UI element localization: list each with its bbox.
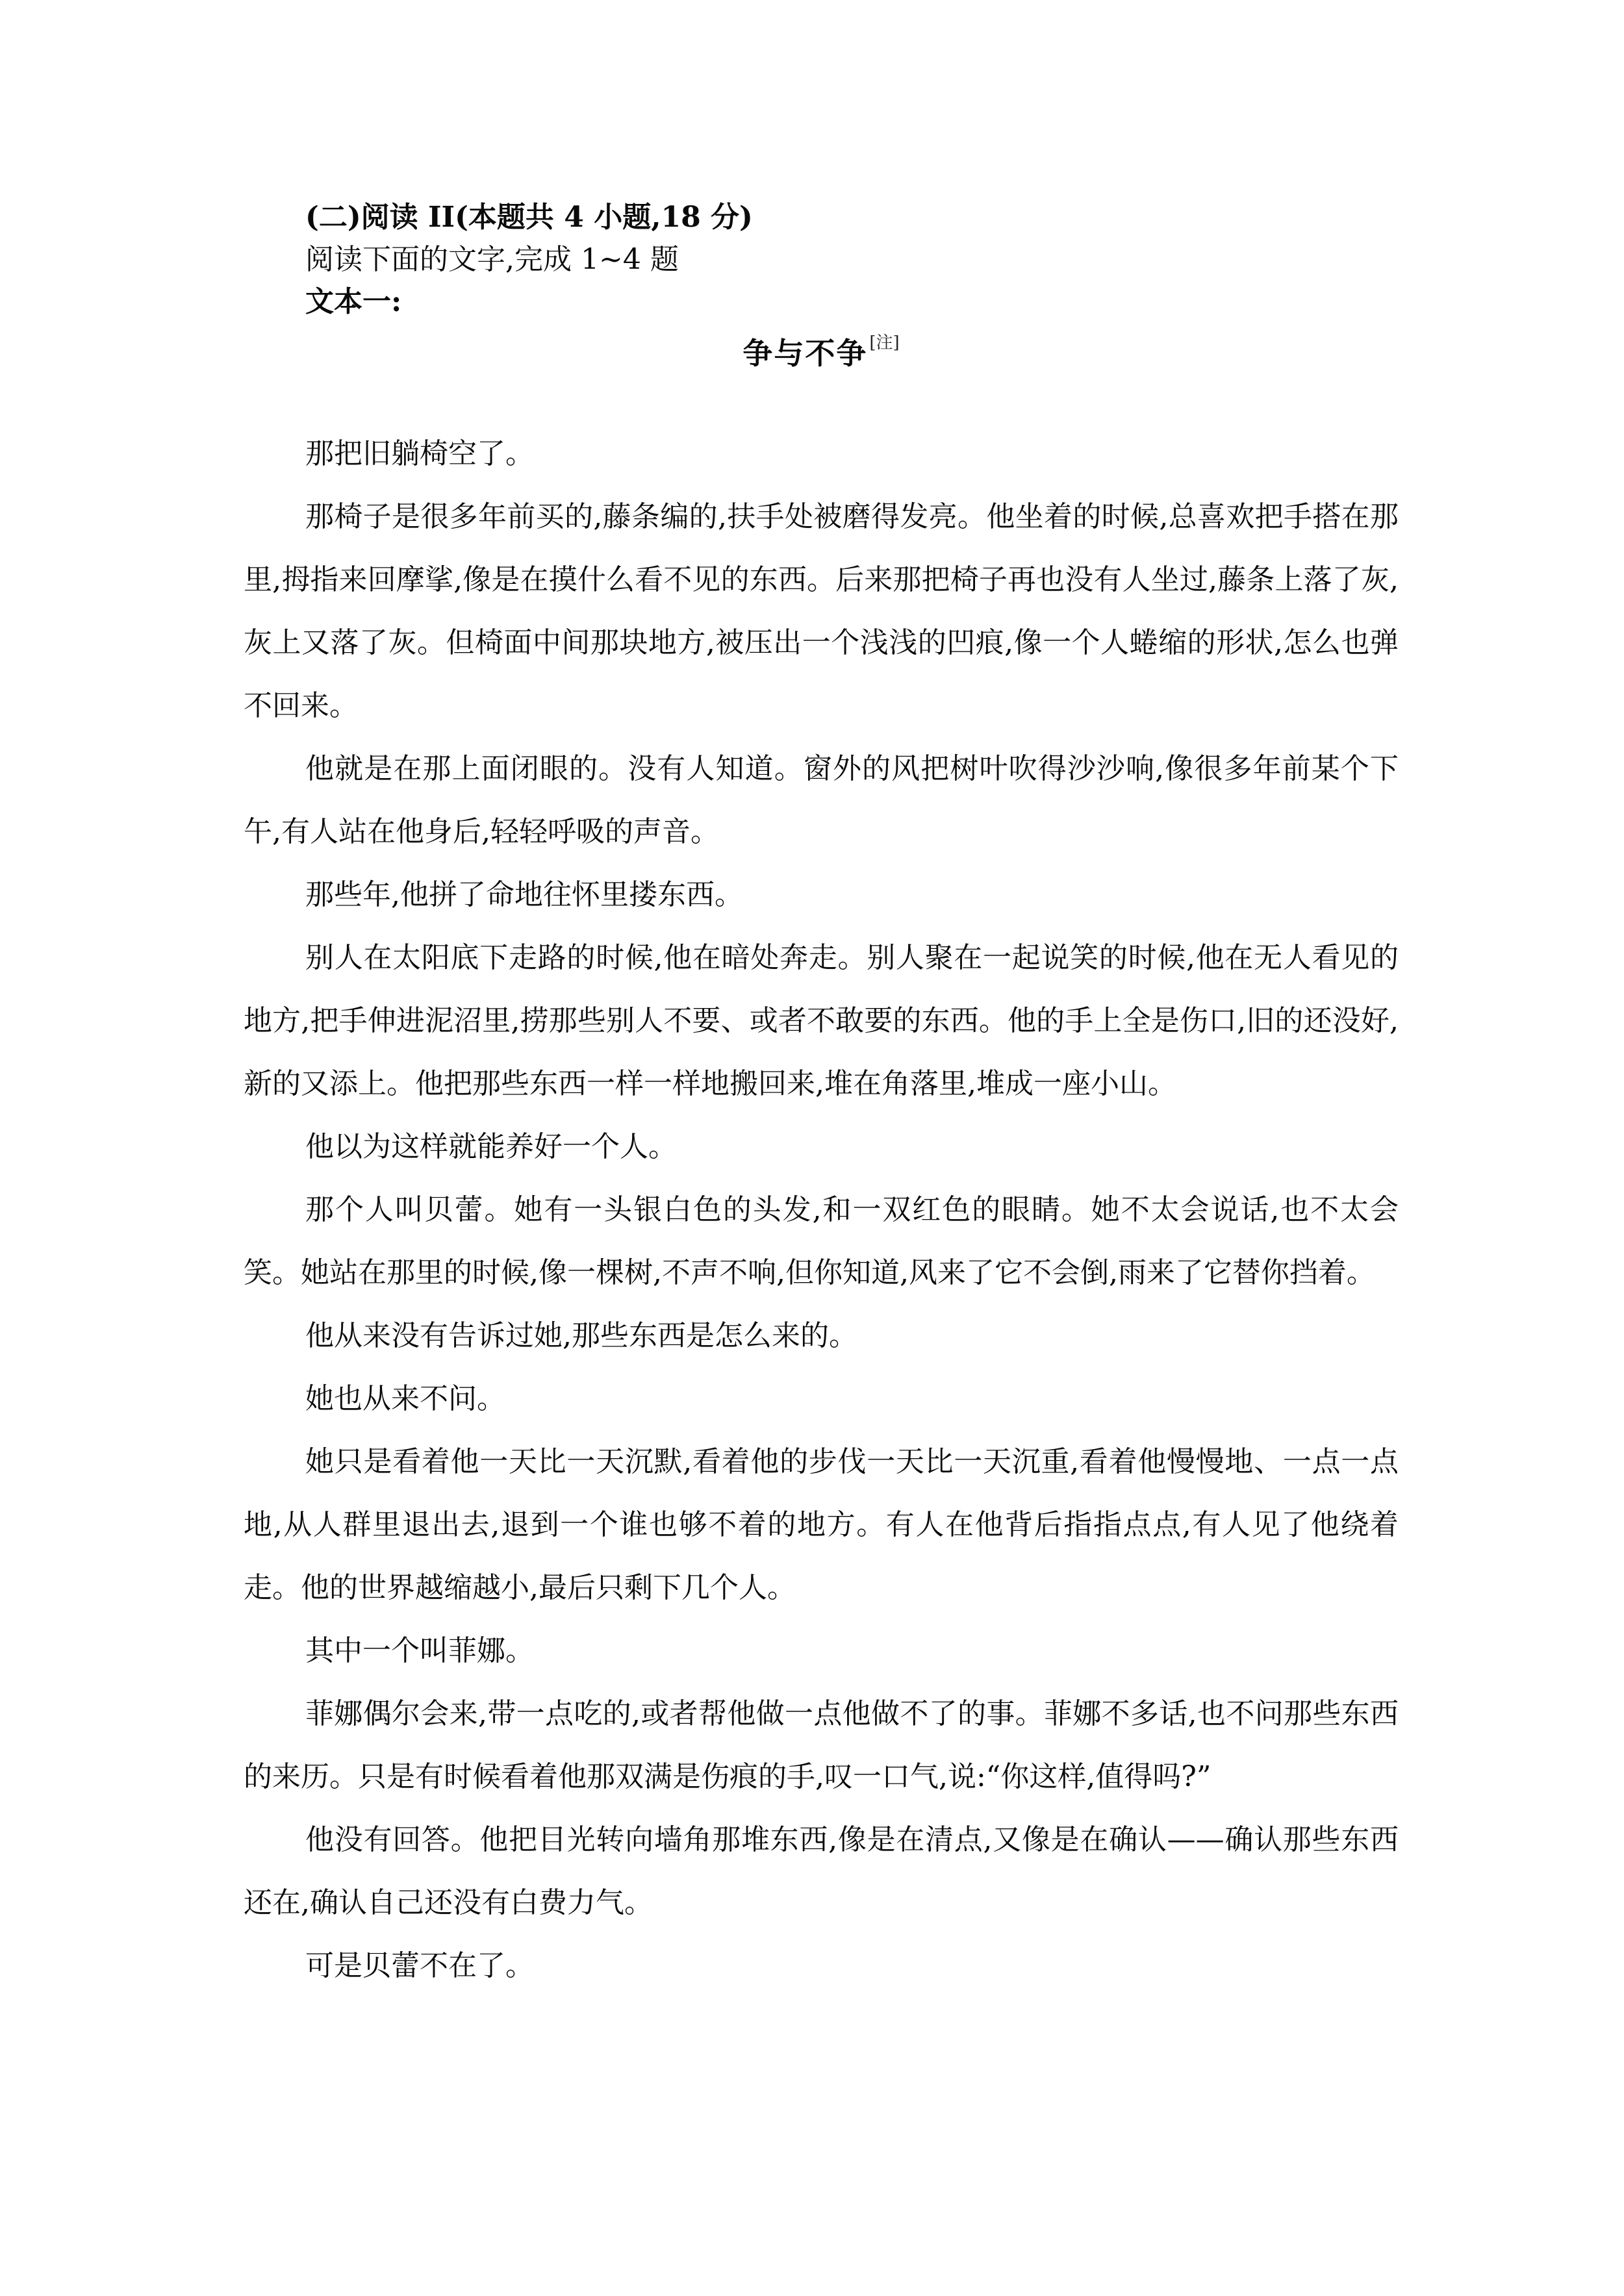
passage-paragraph: 可是贝蕾不在了。 xyxy=(244,1934,1399,1997)
passage-body: 那把旧躺椅空了。那椅子是很多年前买的,藤条编的,扶手处被磨得发亮。他坐着的时候,… xyxy=(244,422,1399,1997)
passage-paragraph: 其中一个叫菲娜。 xyxy=(244,1619,1399,1682)
passage-paragraph: 那个人叫贝蕾。她有一头银白色的头发,和一双红色的眼睛。她不太会说话,也不太会笑。… xyxy=(244,1178,1399,1304)
passage-paragraph: 他以为这样就能养好一个人。 xyxy=(244,1115,1399,1178)
passage-paragraph: 那椅子是很多年前买的,藤条编的,扶手处被磨得发亮。他坐着的时候,总喜欢把手搭在那… xyxy=(244,485,1399,737)
passage-paragraph: 那些年,他拼了命地往怀里搂东西。 xyxy=(244,863,1399,926)
passage-paragraph: 菲娜偶尔会来,带一点吃的,或者帮他做一点他做不了的事。菲娜不多话,也不问那些东西… xyxy=(244,1682,1399,1808)
passage-title: 争与不争[注] xyxy=(244,323,1399,373)
document-page: (二)阅读 II(本题共 4 小题,18 分) 阅读下面的文字,完成 1~4 题… xyxy=(0,0,1624,2296)
passage-paragraph: 他就是在那上面闭眼的。没有人知道。窗外的风把树叶吹得沙沙响,像很多年前某个下午,… xyxy=(244,737,1399,863)
section-heading: (二)阅读 II(本题共 4 小题,18 分) xyxy=(244,196,1399,238)
passage-title-text: 争与不争 xyxy=(742,336,867,371)
page-content: (二)阅读 II(本题共 4 小题,18 分) 阅读下面的文字,完成 1~4 题… xyxy=(244,196,1399,1997)
passage-paragraph: 她也从来不问。 xyxy=(244,1367,1399,1430)
passage-paragraph: 别人在太阳底下走路的时候,他在暗处奔走。别人聚在一起说笑的时候,他在无人看见的地… xyxy=(244,926,1399,1115)
passage-paragraph: 他从来没有告诉过她,那些东西是怎么来的。 xyxy=(244,1304,1399,1367)
passage-paragraph: 她只是看着他一天比一天沉默,看着他的步伐一天比一天沉重,看着他慢慢地、一点一点地… xyxy=(244,1430,1399,1619)
instruction-line: 阅读下面的文字,完成 1~4 题 xyxy=(244,238,1399,281)
text-one-label: 文本一: xyxy=(244,281,1399,323)
title-note-superscript: [注] xyxy=(869,333,899,353)
passage-paragraph: 他没有回答。他把目光转向墙角那堆东西,像是在清点,又像是在确认——确认那些东西还… xyxy=(244,1808,1399,1934)
passage-paragraph: 那把旧躺椅空了。 xyxy=(244,422,1399,485)
